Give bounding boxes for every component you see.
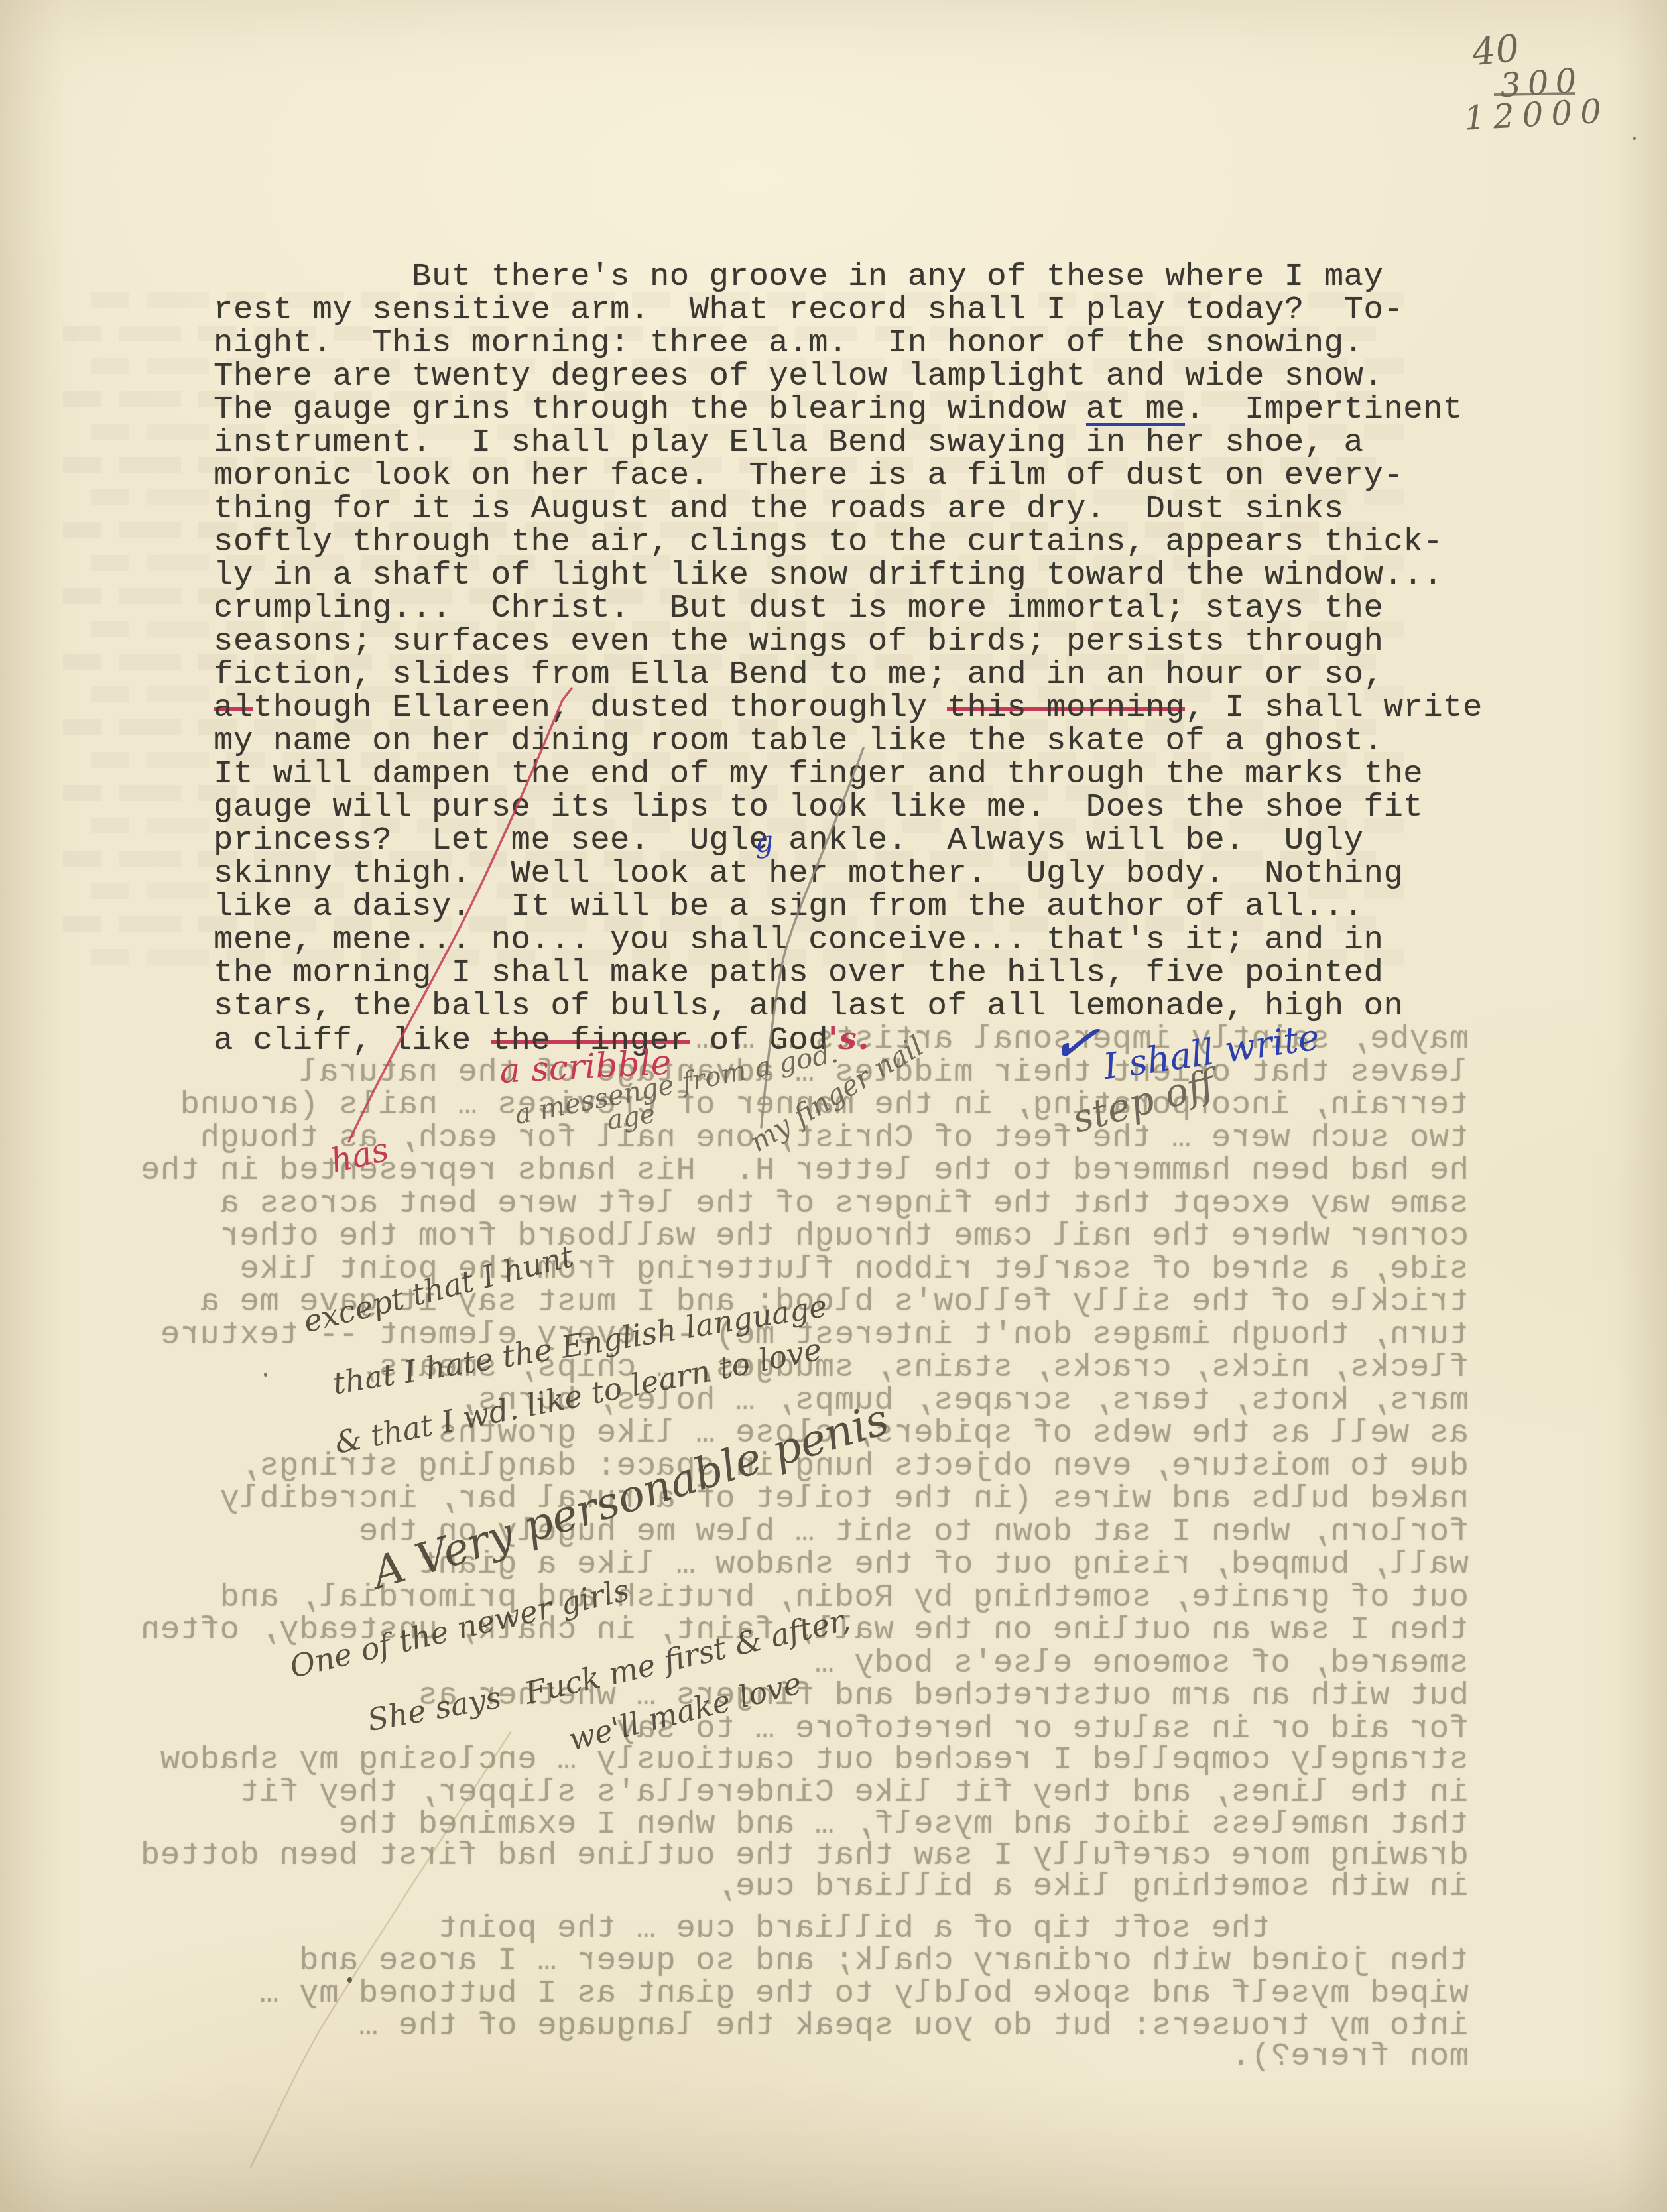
typed-text: stars, the balls of bulls, and last of a… — [214, 987, 1403, 1024]
typed-text: thing for it is August and the roads are… — [214, 490, 1344, 527]
typed-text: though Ellareen, dusted thoroughly — [253, 689, 948, 726]
typescript-line: The gauge grins through the blearing win… — [214, 393, 1463, 426]
typed-text: It will dampen the end of my finger and … — [214, 755, 1423, 792]
typed-text: fiction, slides from Ella Bend to me; an… — [214, 656, 1383, 693]
typescript-line: But there's no groove in any of these wh… — [214, 260, 1383, 293]
typed-text: moronic look on her face. There is a fil… — [214, 457, 1403, 494]
bleedthrough-row: naked bulbs and wires (in the toilet of … — [36, 1482, 1469, 1515]
bleedthrough-row: same way except that the fingers of the … — [36, 1187, 1469, 1220]
typed-text: . Impertinent — [1185, 391, 1463, 428]
bleedthrough-row: side, a shred of scarlet ribbon flutteri… — [36, 1253, 1469, 1286]
bleedthrough-row: for aid or in salute or heretofore … to … — [36, 1712, 1469, 1745]
typed-text: princess? Let me see. Ugle ankle. Always… — [214, 822, 1363, 859]
typescript-line: There are twenty degrees of yellow lampl… — [214, 359, 1383, 393]
typescript-line: rest my sensitive arm. What record shall… — [214, 293, 1403, 326]
typed-text: , I shall write — [1185, 689, 1483, 726]
typescript-line: ly in a shaft of light like snow driftin… — [214, 558, 1443, 591]
typescript-line: gauge will purse its lips to look like m… — [214, 790, 1423, 824]
corner-number-bottom: 12000 — [1463, 92, 1611, 137]
bleedthrough-row: that nameless idiot and myself, … and wh… — [36, 1808, 1469, 1841]
typed-text: gauge will purse its lips to look like m… — [214, 788, 1423, 826]
typescript-line: the morning I shall make paths over the … — [214, 956, 1383, 989]
typed-text: seasons; surfaces even the wings of bird… — [214, 623, 1383, 660]
typed-text-strike-red: al — [214, 689, 253, 726]
bleedthrough-row: mars, knots, tears, scrapes, bumps, … ho… — [36, 1384, 1469, 1417]
typescript-line: princess? Let me see. Ugle ankle. Always… — [214, 824, 1363, 857]
typescript-line: It will dampen the end of my finger and … — [214, 757, 1423, 790]
typed-text: mene, mene... no... you shall conceive..… — [214, 921, 1383, 958]
bleedthrough-row: terrain, incorporating, in the manner of… — [36, 1088, 1469, 1121]
typed-text: the morning I shall make paths over the … — [214, 954, 1383, 991]
note-ugle-correction-y: g — [753, 825, 775, 860]
typed-text: softly through the air, clings to the cu… — [214, 523, 1443, 560]
typed-text: rest my sensitive arm. What record shall… — [214, 291, 1403, 328]
paper-speck — [1633, 137, 1636, 140]
bleedthrough-row: strangely compelled I reached out cautio… — [36, 1743, 1469, 1776]
typed-text: skinny thigh. Well look at her mother. U… — [214, 855, 1403, 892]
bleedthrough-row: the soft tip of a billiard cue … the poi… — [36, 1912, 1469, 1945]
typed-text: crumpling... Christ. But dust is more im… — [214, 589, 1383, 627]
bleedthrough-row: drawing more carefully I saw that the ou… — [36, 1839, 1469, 1872]
bleedthrough-row: in the lines, and they fit like Cinderel… — [36, 1776, 1469, 1809]
typed-text: There are twenty degrees of yellow lampl… — [214, 357, 1383, 395]
typescript-line: like a daisy. It will be a sign from the… — [214, 890, 1363, 923]
typed-text: night. This morning: three a.m. In honor… — [214, 324, 1363, 361]
bleedthrough-row: wall, bumped, rising out of the shadow …… — [36, 1548, 1469, 1581]
paper-speck — [347, 1977, 352, 1983]
bleedthrough-row: out of granite, something by Rodin, brut… — [36, 1581, 1469, 1614]
typescript-line: softly through the air, clings to the cu… — [214, 525, 1443, 558]
typed-text-strike-red: this morning — [947, 689, 1185, 726]
bleedthrough-row: he had been hammered to the letter H. Hi… — [36, 1154, 1469, 1187]
typescript-line: although Ellareen, dusted thoroughly thi… — [214, 691, 1483, 724]
typed-text: ly in a shaft of light like snow driftin… — [214, 556, 1443, 593]
typescript-line: moronic look on her face. There is a fil… — [214, 459, 1403, 492]
typed-text: But there's no groove in any of these wh… — [214, 258, 1383, 295]
typescript-line: thing for it is August and the roads are… — [214, 492, 1344, 525]
typed-text: my name on her dining room table like th… — [214, 722, 1383, 759]
typescript-line: fiction, slides from Ella Bend to me; an… — [214, 658, 1383, 691]
typescript-line: crumpling... Christ. But dust is more im… — [214, 591, 1383, 625]
typescript-line: mene, mene... no... you shall conceive..… — [214, 923, 1383, 956]
bleedthrough-row: in with something like a billiard cue, — [36, 1870, 1469, 1903]
typed-text-ul-blue: at me — [1086, 391, 1186, 428]
typed-text: instrument. I shall play Ella Bend swayi… — [214, 424, 1363, 461]
bleedthrough-row: mon frere?). — [36, 2040, 1469, 2073]
typescript-line: my name on her dining room table like th… — [214, 724, 1383, 757]
typescript-line: instrument. I shall play Ella Bend swayi… — [214, 426, 1363, 459]
typed-text: like a daisy. It will be a sign from the… — [214, 888, 1363, 925]
manuscript-page: 40 300 12000 maybe, saintly impersonal a… — [0, 0, 1667, 2212]
typescript-line: stars, the balls of bulls, and last of a… — [214, 989, 1403, 1022]
bleedthrough-row: then joined with ordinary chalk; and so … — [36, 1944, 1469, 1977]
typed-text: The gauge grins through the blearing win… — [214, 391, 1086, 428]
typescript-line: seasons; surfaces even the wings of bird… — [214, 625, 1383, 658]
bleedthrough-row: corner where the nail came through the w… — [36, 1219, 1469, 1253]
note-check-mark: ✓ — [1046, 1005, 1104, 1079]
bleedthrough-row: wiped myself and spoke boldly to the gia… — [36, 1977, 1469, 2010]
typed-text: a cliff, like — [214, 1022, 491, 1059]
typescript-line: night. This morning: three a.m. In honor… — [214, 326, 1363, 359]
bleedthrough-row: forlorn, when I sat down to shit … blew … — [36, 1515, 1469, 1548]
typescript-line: skinny thigh. Well look at her mother. U… — [214, 857, 1403, 890]
paper-speck — [264, 1373, 267, 1377]
